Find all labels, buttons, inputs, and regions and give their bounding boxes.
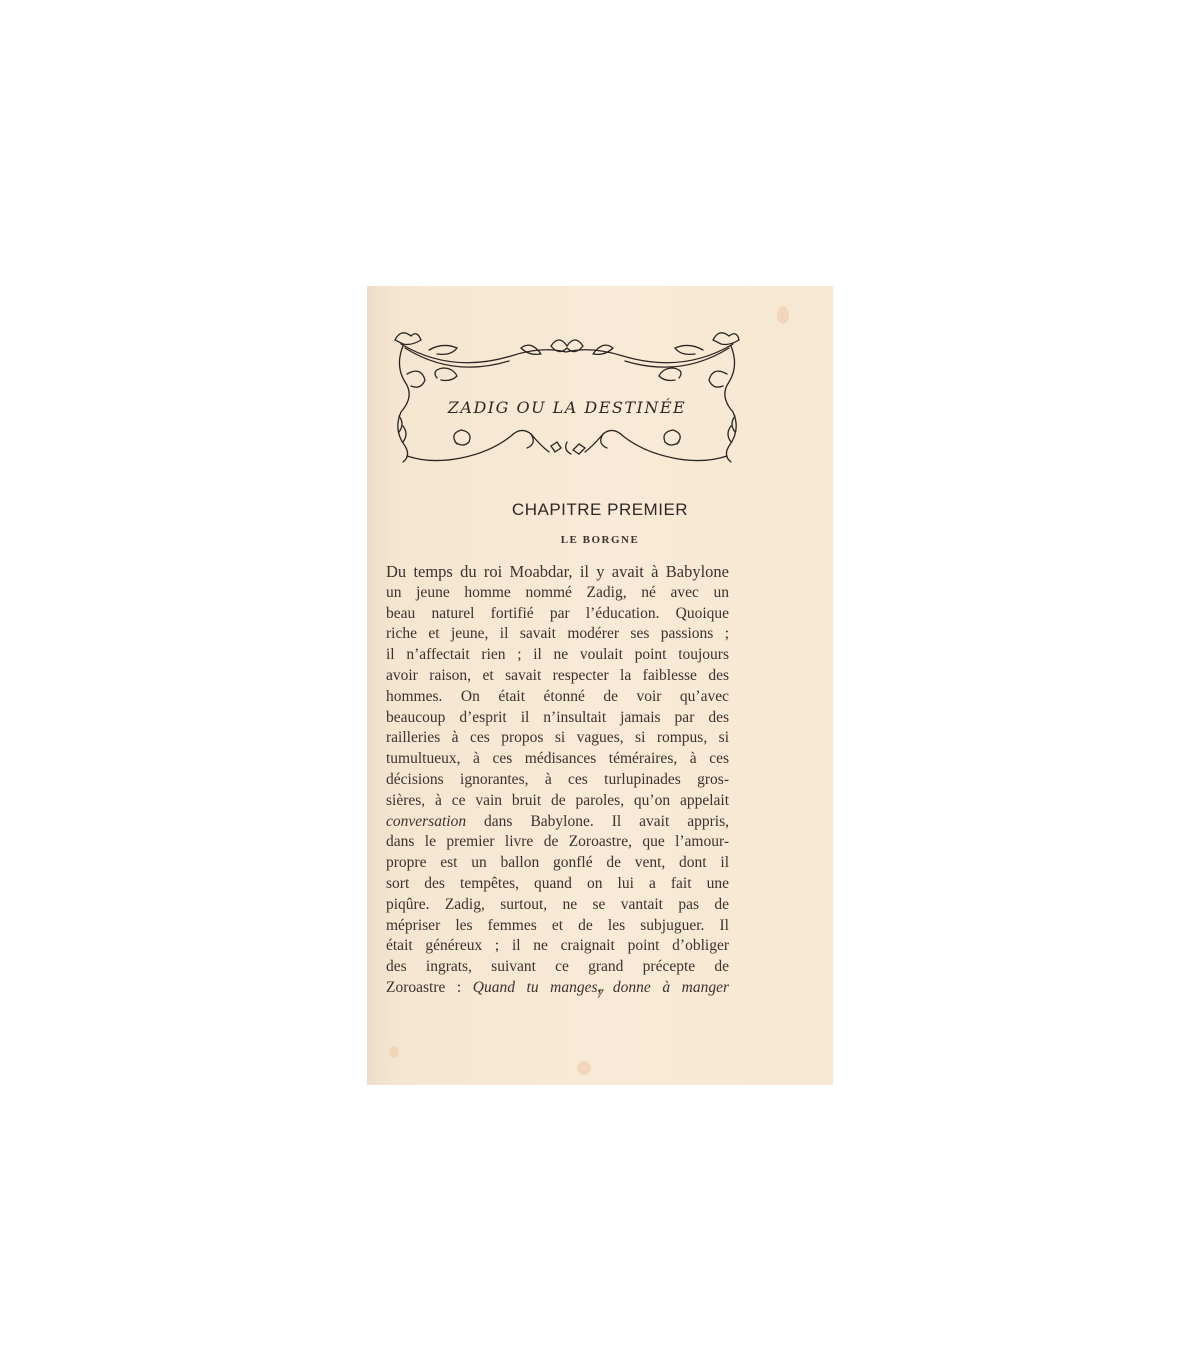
text-line: un jeune homme nommé Zadig, né avec un	[386, 583, 729, 604]
paper-stain	[577, 1061, 591, 1075]
text-line: dans le premier livre de Zoroastre, que …	[386, 832, 729, 853]
line-rest: dans Babylone. Il avait appris,	[466, 813, 729, 830]
paper-stain	[389, 1046, 399, 1058]
text-line: railleries à ces propos si vagues, si ro…	[386, 728, 729, 749]
text-line: hommes. On était étonné de voir qu’avec	[386, 687, 729, 708]
text-line: sort des tempêtes, quand on lui a fait u…	[386, 874, 729, 895]
text-line: beaucoup d’esprit il n’insultait jamais …	[386, 708, 729, 729]
text-line-mixed: conversation dans Babylone. Il avait app…	[386, 812, 729, 833]
text-line: tumultueux, à ces médisances téméraires,…	[386, 749, 729, 770]
italic-word: conversation	[386, 813, 466, 830]
text-line: piqûre. Zadig, surtout, ne se vantait pa…	[386, 895, 729, 916]
paper-stain	[777, 306, 789, 324]
ornament-garland-icon	[391, 326, 743, 466]
chapter-subtitle: LE BORGNE	[367, 534, 833, 546]
text-line: avoir raison, et savait respecter la fai…	[386, 666, 729, 687]
text-line: Du temps du roi Moabdar, il y avait à Ba…	[386, 562, 729, 583]
text-line: mépriser les femmes et de les subjuguer.…	[386, 916, 729, 937]
text-line: il n’affectait rien ; il ne voulait poin…	[386, 645, 729, 666]
text-line: des ingrats, suivant ce grand précepte d…	[386, 957, 729, 978]
page-number: 7	[367, 986, 833, 1002]
chapter-title: CHAPITRE PREMIER	[367, 500, 833, 520]
text-line: décisions ignorantes, à ces turlupinades…	[386, 770, 729, 791]
text-line: beau naturel fortifié par l’éducation. Q…	[386, 604, 729, 625]
text-line: riche et jeune, il savait modérer ses pa…	[386, 624, 729, 645]
text-line: propre est un ballon gonflé de vent, don…	[386, 853, 729, 874]
text-line: sières, à ce vain bruit de paroles, qu’o…	[386, 791, 729, 812]
book-header-title: ZADIG OU LA DESTINÉE	[391, 398, 743, 417]
chapter-body: Du temps du roi Moabdar, il y avait à Ba…	[386, 562, 729, 999]
text-line: était généreux ; il ne craignait point d…	[386, 936, 729, 957]
book-page: ZADIG OU LA DESTINÉE CHAPITRE PREMIER LE…	[367, 286, 833, 1085]
ornamental-frame: ZADIG OU LA DESTINÉE	[391, 326, 743, 466]
